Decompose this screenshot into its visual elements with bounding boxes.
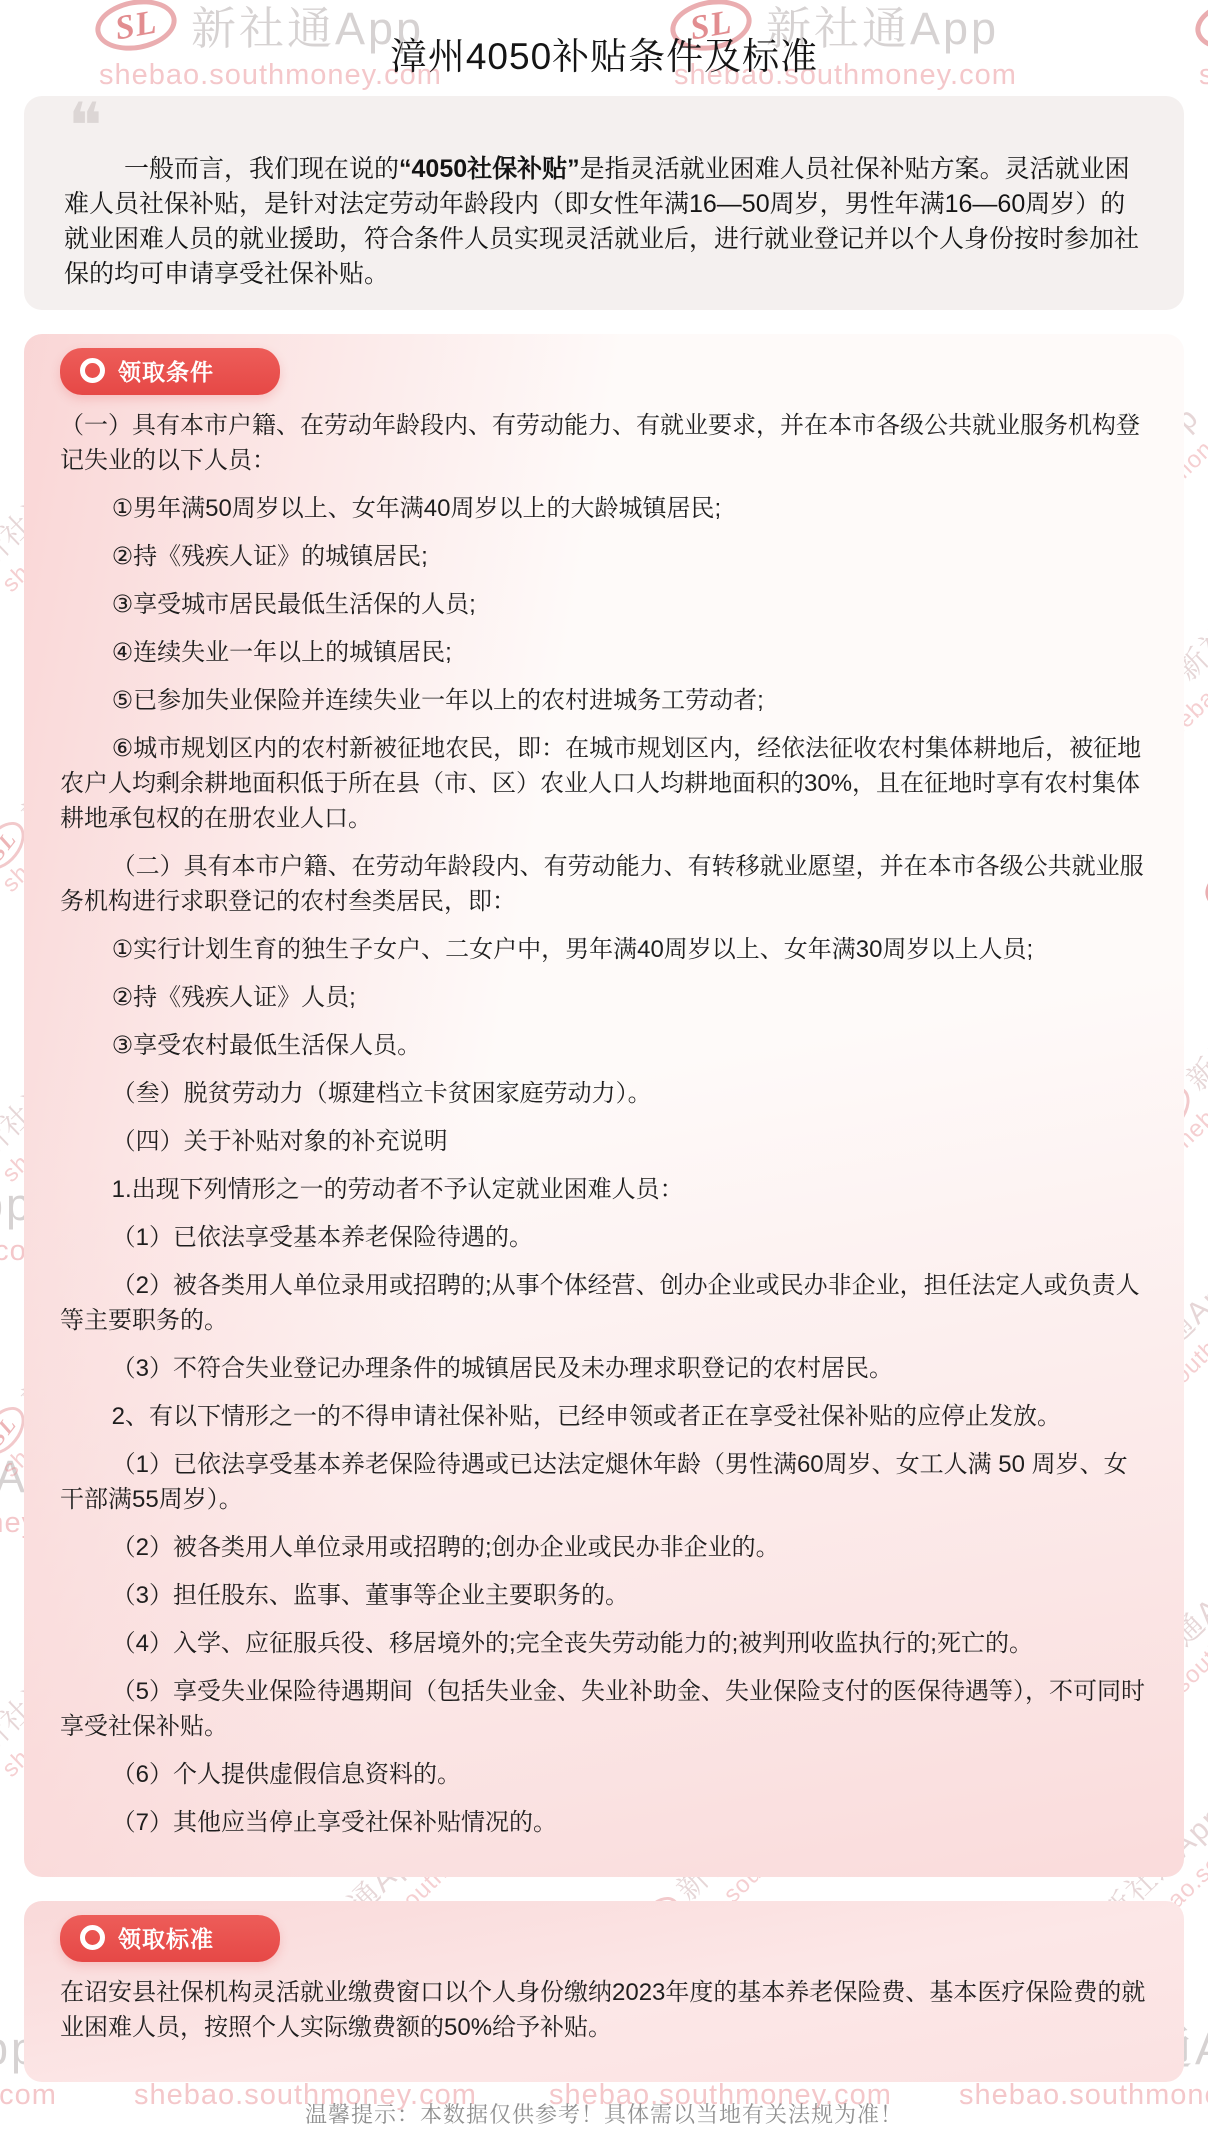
paragraph: ①实行计划生育的独生子女户、二女户中，男年满40周岁以上、女年满30周岁以上人员… (60, 932, 1148, 967)
paragraph: ⑤已参加失业保险并连续失业一年以上的农村进城务工劳动者; (60, 683, 1148, 718)
article-content: 漳州4050补贴条件及标准 ❝ 一般而言，我们现在说的“4050社保补贴”是指灵… (0, 0, 1208, 2129)
ring-icon (80, 358, 105, 383)
paragraph: 2、有以下情形之一的不得申请社保补贴，已经申领或者正在享受社保补贴的应停止发放。 (60, 1399, 1148, 1434)
paragraph: （一）具有本市户籍、在劳动年龄段内、有劳动能力、有就业要求，并在本市各级公共就业… (60, 408, 1148, 478)
conditions-paragraph-list: （一）具有本市户籍、在劳动年龄段内、有劳动能力、有就业要求，并在本市各级公共就业… (60, 408, 1148, 1840)
standard-paragraph-list: 在诏安县社保机构灵活就业缴费窗口以个人身份缴纳2023年度的基本养老保险费、基本… (60, 1975, 1148, 2045)
paragraph: ①男年满50周岁以上、女年满40周岁以上的大龄城镇居民; (60, 491, 1148, 526)
section-receive-standard: 领取标准 在诏安县社保机构灵活就业缴费窗口以个人身份缴纳2023年度的基本养老保… (24, 1901, 1184, 2082)
paragraph: （6）个人提供虚假信息资料的。 (60, 1757, 1148, 1792)
paragraph: （1）已依法享受基本养老保险待遇或已达法定煺休年龄（男性满60周岁、女工人满 5… (60, 1447, 1148, 1517)
badge-label: 领取条件 (118, 354, 214, 387)
paragraph: 1.出现下列情形之一的劳动者不予认定就业困难人员： (60, 1172, 1148, 1207)
paragraph: （3）担任股东、监事、董事等企业主要职务的。 (60, 1578, 1148, 1613)
paragraph: （2）被各类用人单位录用或招聘的;创办企业或民办非企业的。 (60, 1530, 1148, 1565)
badge-label: 领取标准 (118, 1921, 214, 1954)
paragraph: （3）不符合失业登记办理条件的城镇居民及未办理求职登记的农村居民。 (60, 1351, 1148, 1386)
quote-icon: ❝ (68, 104, 1144, 150)
intro-quote-box: ❝ 一般而言，我们现在说的“4050社保补贴”是指灵活就业困难人员社保补贴方案。… (24, 96, 1184, 310)
section-badge-standard: 领取标准 (60, 1915, 280, 1962)
section-badge-conditions: 领取条件 (60, 348, 280, 395)
paragraph: ②持《残疾人证》的城镇居民; (60, 539, 1148, 574)
ring-icon (80, 1925, 105, 1950)
paragraph: （四）关于补贴对象的补充说明 (60, 1124, 1148, 1159)
paragraph: ③享受城市居民最低生活保的人员; (60, 587, 1148, 622)
footer-notice: 温馨提示：本数据仅供参考！具体需以当地有关法规为准！ (0, 2098, 1208, 2129)
paragraph: （叁）脱贫劳动力（塬建档立卡贫困家庭劳动力）。 (60, 1076, 1148, 1111)
page-title: 漳州4050补贴条件及标准 (0, 0, 1208, 80)
paragraph: ③享受农村最低生活保人员。 (60, 1028, 1148, 1063)
paragraph: （2）被各类用人单位录用或招聘的;从事个体经营、创办企业或民办非企业，担任法定人… (60, 1268, 1148, 1338)
paragraph: ④连续失业一年以上的城镇居民; (60, 635, 1148, 670)
intro-text-highlight: “4050社保补贴” (399, 155, 580, 183)
paragraph: （4）入学、应征服兵役、移居境外的;完全丧失劳动能力的;被判刑收监执行的;死亡的… (60, 1626, 1148, 1661)
section-receive-conditions: 领取条件 （一）具有本市户籍、在劳动年龄段内、有劳动能力、有就业要求，并在本市各… (24, 334, 1184, 1877)
intro-paragraph: 一般而言，我们现在说的“4050社保补贴”是指灵活就业困难人员社保补贴方案。灵活… (64, 152, 1144, 292)
article-page: SL新社通Appshebao.southmoney.comSL新社通Appshe… (0, 0, 1208, 2136)
intro-text-prefix: 一般而言，我们现在说的 (124, 155, 399, 183)
paragraph: （二）具有本市户籍、在劳动年龄段内、有劳动能力、有转移就业愿望，并在本市各级公共… (60, 849, 1148, 919)
paragraph: （7）其他应当停止享受社保补贴情况的。 (60, 1805, 1148, 1840)
paragraph: 在诏安县社保机构灵活就业缴费窗口以个人身份缴纳2023年度的基本养老保险费、基本… (60, 1975, 1148, 2045)
paragraph: （5）享受失业保险待遇期间（包括失业金、失业补助金、失业保险支付的医保待遇等），… (60, 1674, 1148, 1744)
paragraph: （1）已依法享受基本养老保险待遇的。 (60, 1220, 1148, 1255)
paragraph: ②持《残疾人证》人员; (60, 980, 1148, 1015)
paragraph: ⑥城市规划区内的农村新被征地农民，即：在城市规划区内，经依法征收农村集体耕地后，… (60, 731, 1148, 836)
